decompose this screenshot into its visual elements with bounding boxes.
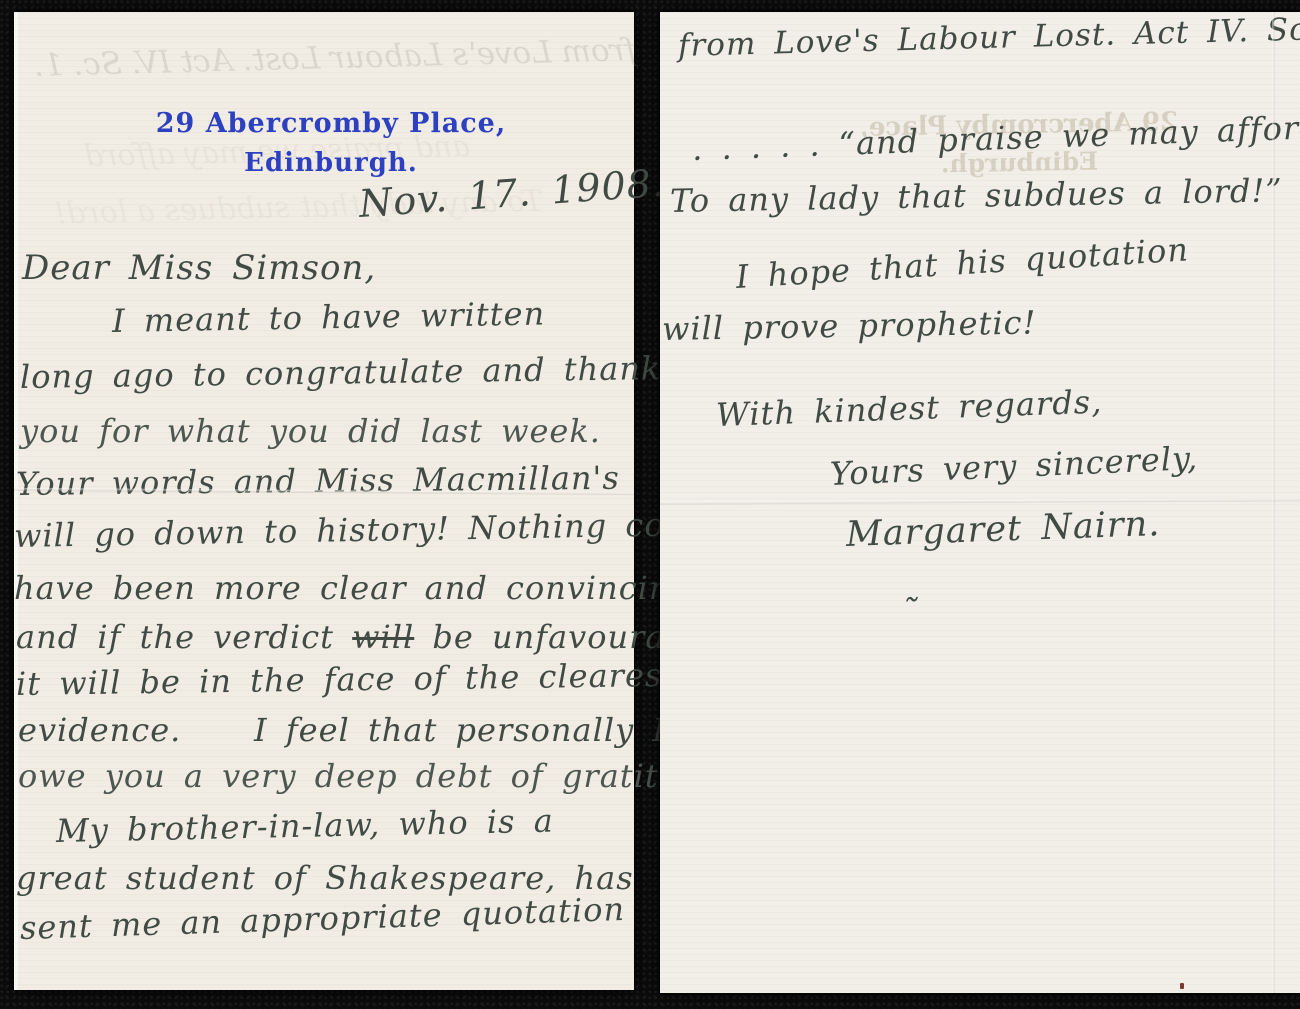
letter-line: I hope that his quotation [735, 230, 1190, 296]
letter-line: will go down to history! Nothing could [14, 505, 720, 555]
struck-out-word: will [352, 618, 414, 656]
letter-line: long ago to congratulate and thank [20, 349, 662, 396]
signature-flourish: ˜ [900, 592, 918, 632]
letter-line: I meant to have written [112, 294, 546, 340]
letter-line: will prove prophetic! [662, 303, 1037, 348]
letter-salutation: Dear Miss Simson, [22, 248, 376, 288]
fold-crease-vertical [1272, 12, 1275, 993]
letter-line: you for what you did last week. [20, 412, 601, 450]
letter-page-2: 29 Abercromby Place, Edinburgh. from Lov… [660, 12, 1300, 993]
letter-line: Your words and Miss Macmillan's [16, 459, 620, 503]
letter-line: from Love's Labour Lost. Act IV. Sc. 1. [678, 10, 1300, 64]
letterhead-address-line: 29 Abercromby Place, [28, 108, 634, 139]
show-through-writing: from Love's Labour Lost. Act IV. Sc. 1. [34, 32, 637, 84]
letter-closing: Yours very sincerely, [829, 439, 1199, 493]
letter-line: have been more clear and convincing [14, 569, 692, 607]
letter-line: evidence. I feel that personally I [18, 711, 666, 749]
letter-text-segment: and if the verdict [16, 618, 352, 656]
signature: Margaret Nairn. [845, 504, 1161, 555]
letter-page-1: from Love's Labour Lost. Act IV. Sc. 1. … [14, 12, 634, 990]
letter-line: sent me an appropriate quotation [19, 890, 625, 947]
paper-speck [1180, 983, 1184, 989]
printed-letterhead: 29 Abercromby Place, Edinburgh. [14, 108, 634, 178]
letter-closing: With kindest regards, [715, 383, 1103, 434]
letter-line-with-strikethrough: and if the verdict will be unfavourable, [16, 618, 729, 656]
black-fabric-background: from Love's Labour Lost. Act IV. Sc. 1. … [0, 0, 1300, 1009]
letter-line: owe you a very deep debt of gratitude. [18, 757, 733, 795]
letter-line: My brother-in-law, who is a [56, 802, 555, 850]
quotation-line: To any lady that subdues a lord!” [670, 171, 1283, 220]
letter-line: it will be in the face of the clearest [16, 656, 677, 703]
fold-crease [660, 498, 1300, 504]
letter-line: great student of Shakespeare, has [16, 859, 634, 897]
